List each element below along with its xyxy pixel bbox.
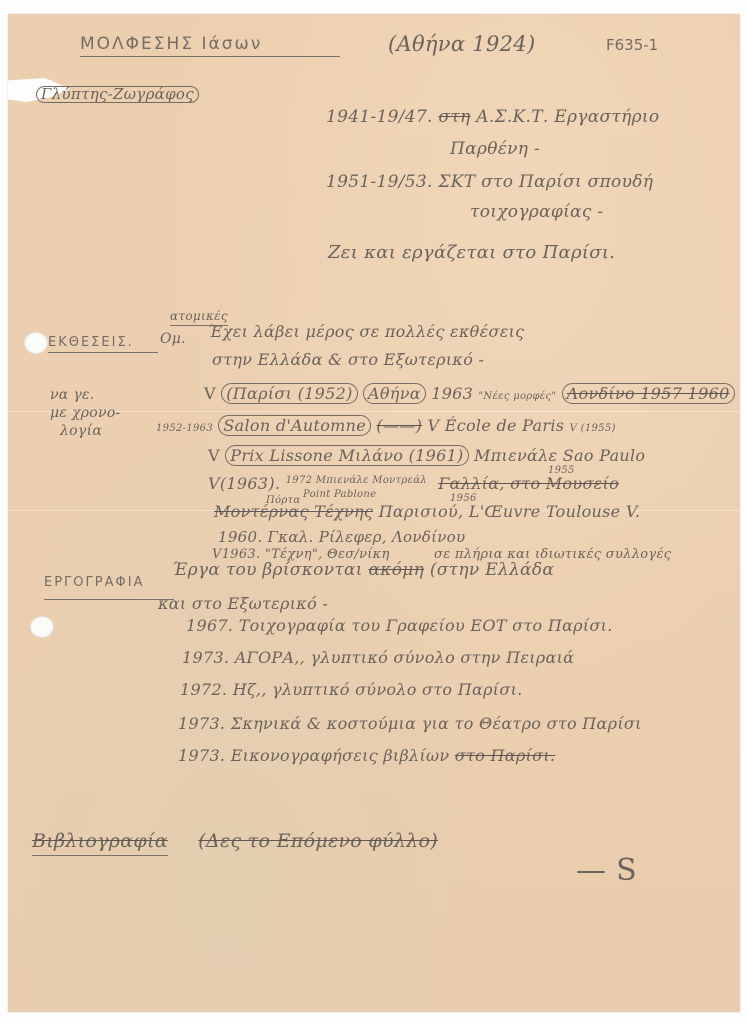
closing-mark: — S	[576, 856, 637, 886]
punch-hole-bottom	[30, 616, 54, 638]
work-item: 1973. ΑΓΟΡΑ,, γλυπτικό σύνολο στην Πειρα…	[182, 650, 574, 666]
study-line-2: 1951-19/53. ΣΚΤ στο Παρίσι σπουδή	[326, 174, 653, 191]
exhibitions-prefix: Ομ.	[160, 332, 186, 346]
work-item: 1967. Τοιχογραφία του Γραφείου ΕΟΤ στο Π…	[186, 618, 613, 634]
exhibition-line-1: V (Παρίσι (1952) Αθήνα 1963 "Νέες μορφές…	[204, 386, 735, 402]
exhibitions-intro-2: στην Ελλάδα & στο Εξωτερικό -	[212, 352, 484, 368]
exhibition-line-2: 1952-1963 Salon d'Automne (——) V École d…	[156, 418, 616, 434]
exhibition-line-3: V Prix Lissone Μιλάνο (1961) Μπιενάλε Sa…	[208, 448, 645, 464]
birth-place-year: (Αθήνα 1924)	[388, 34, 535, 55]
residence-note: Ζει και εργάζεται στο Παρίσι.	[328, 244, 615, 262]
works-intro-1: Έργα του βρίσκονται ακόμη (στην Ελλάδα	[172, 562, 554, 579]
works-intro-2: και στο Εξωτερικό -	[158, 596, 328, 612]
exhibition-line-6: 1960. Γκαλ. Ρίλεφερ, Λονδίνου	[218, 530, 465, 545]
profession: Γλύπτης-Ζωγράφος	[36, 86, 199, 103]
work-item: 1973. Σκηνικά & κοστούμια για το Θέατρο …	[178, 716, 642, 732]
work-item: 1973. Εικονογραφήσεις βιβλίων στο Παρίσι…	[178, 748, 555, 764]
exhibition-line-5: Μοντέρνας Τέχνης Πόρτα Παρισιού, 1956 L'…	[214, 504, 640, 520]
study-line-2-cont: τοιχογραφίας -	[470, 204, 603, 221]
exhibition-line-4: V(1963). 1972 Μπιενάλε Μοντρεάλ Point Pa…	[208, 476, 619, 492]
work-item: 1972. Ηζ,, γλυπτικό σύνολο στο Παρίσι.	[180, 682, 523, 698]
exhibitions-label: ΕΚΘΕΣΕΙΣ.	[48, 336, 158, 353]
study-line-1: 1941-19/47. στη Α.Σ.Κ.Τ. Εργαστήριο	[326, 109, 659, 126]
works-label: ΕΡΓΟΓΡΑΦΙΑ	[44, 576, 174, 600]
exhibitions-intro-1: Έχει λάβει μέρος σε πολλές εκθέσεις	[208, 324, 524, 340]
bibliography-line: Βιβλιογραφία (Δες το Επόμενο φύλλο)	[32, 832, 438, 851]
artist-name: ΜΟΛΦΕΣΗΣ Ιάσων	[80, 36, 340, 57]
punch-hole-top	[24, 332, 48, 354]
study-line-1-cont: Παρθένη -	[450, 141, 540, 158]
margin-note: να γε. με χρονο- λογία	[50, 386, 121, 440]
reference-code: F635-1	[606, 38, 658, 53]
document-page: ΜΟΛΦΕΣΗΣ Ιάσων (Αθήνα 1924) F635-1 Γλύπτ…	[8, 14, 740, 1012]
